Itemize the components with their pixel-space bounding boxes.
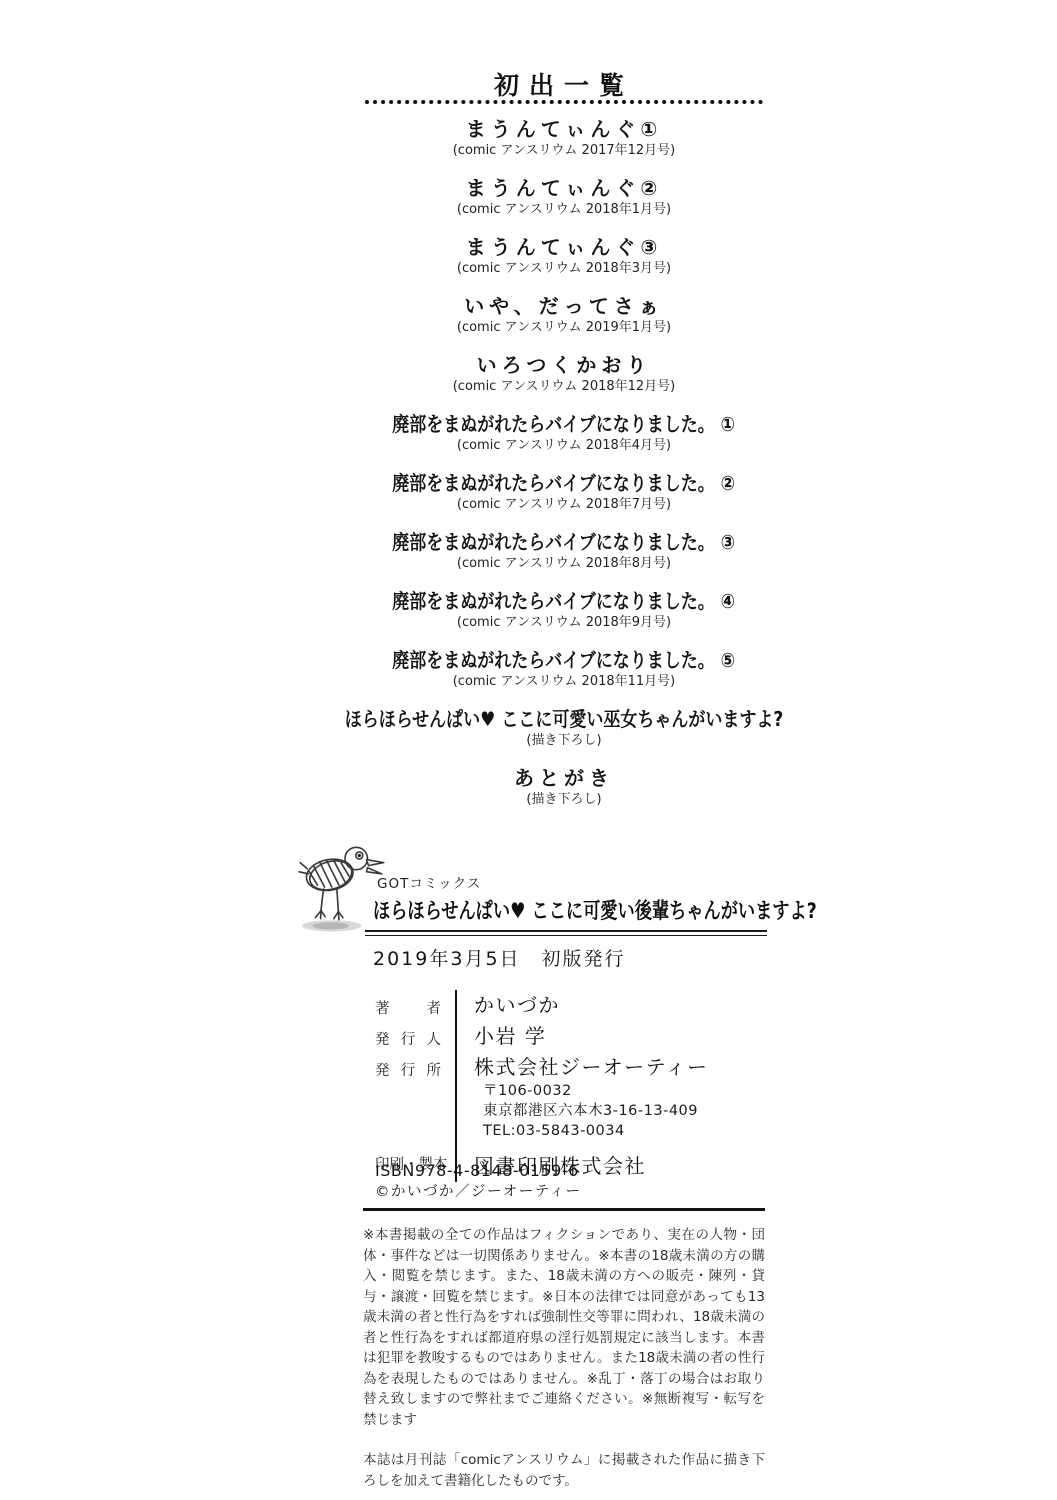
work-entry: 廃部をまぬがれたらバイブになりました。 ③ (comic アンスリウム 2018… xyxy=(363,529,765,572)
credit-main-value: かいづか xyxy=(474,992,767,1019)
work-title: いや、だってさぁ xyxy=(464,293,664,319)
credit-label: 発行人 xyxy=(375,1021,441,1052)
work-title: まうんてぃんぐ② xyxy=(466,175,663,201)
work-entry: あとがき (描き下ろし) xyxy=(363,765,765,808)
work-source: (描き下ろし) xyxy=(526,791,601,808)
work-entry: ほらほらせんぱい♥ ここに可愛い巫女ちゃんがいますよ? (描き下ろし) xyxy=(363,706,765,749)
isbn-number: ISBN978-4-8148-0159-6 xyxy=(375,1160,582,1182)
work-title: いろつくかおり xyxy=(477,352,652,378)
works-list: まうんてぃんぐ① (comic アンスリウム 2017年12月号) まうんてぃん… xyxy=(363,116,765,824)
credit-details: 〒106-0032東京都港区六本木3-16-13-409TEL:03-5843-… xyxy=(474,1081,767,1141)
work-source: (comic アンスリウム 2018年12月号) xyxy=(453,378,676,395)
work-title: まうんてぃんぐ③ xyxy=(466,234,663,260)
copyright-line: ©かいづか／ジーオーティー xyxy=(375,1182,582,1203)
edition-date: 2019年3月5日 初版発行 xyxy=(373,944,626,971)
work-title: ほらほらせんぱい♥ ここに可愛い巫女ちゃんがいますよ? xyxy=(345,706,784,732)
credit-main-value: 株式会社ジーオーティー xyxy=(474,1054,767,1081)
work-title: 廃部をまぬがれたらバイブになりました。 ⑤ xyxy=(393,647,736,673)
title-underline xyxy=(365,930,767,936)
page-title: 初出一覧 xyxy=(363,66,765,102)
book-title: ほらほらせんぱい♥ ここに可愛い後輩ちゃんがいますよ? xyxy=(373,894,817,925)
work-source: (描き下ろし) xyxy=(526,732,601,749)
work-title: 廃部をまぬがれたらバイブになりました。 ② xyxy=(393,470,736,496)
imprint-label: GOTコミックス xyxy=(377,872,481,892)
work-title: まうんてぃんぐ① xyxy=(466,116,663,142)
work-entry: 廃部をまぬがれたらバイブになりました。 ④ (comic アンスリウム 2018… xyxy=(363,588,765,631)
legal-disclaimer: ※本書掲載の全ての作品はフィクションであり、実在の人物・団体・事件などは一切関係… xyxy=(363,1225,765,1430)
credit-label: 発行所 xyxy=(375,1052,441,1143)
work-entry: 廃部をまぬがれたらバイブになりました。 ① (comic アンスリウム 2018… xyxy=(363,411,765,454)
credit-row: 発行人 小岩 学 xyxy=(375,1021,767,1052)
work-title: 廃部をまぬがれたらバイブになりました。 ④ xyxy=(393,588,736,614)
credit-row: 発行所 株式会社ジーオーティー 〒106-0032東京都港区六本木3-16-13… xyxy=(375,1052,767,1143)
header: 初出一覧 xyxy=(363,66,765,102)
work-entry: まうんてぃんぐ② (comic アンスリウム 2018年1月号) xyxy=(363,175,765,218)
work-source: (comic アンスリウム 2019年1月号) xyxy=(457,319,671,336)
work-source: (comic アンスリウム 2018年11月号) xyxy=(453,673,676,690)
credit-value: 株式会社ジーオーティー 〒106-0032東京都港区六本木3-16-13-409… xyxy=(455,1052,767,1143)
credit-value: かいづか xyxy=(455,990,767,1021)
legal-section: ※本書掲載の全ての作品はフィクションであり、実在の人物・団体・事件などは一切関係… xyxy=(363,1208,765,1491)
credit-main-value: 小岩 学 xyxy=(474,1023,767,1050)
work-source: (comic アンスリウム 2018年8月号) xyxy=(457,555,671,572)
work-title: あとがき xyxy=(514,765,614,791)
work-entry: いろつくかおり (comic アンスリウム 2018年12月号) xyxy=(363,352,765,395)
work-source: (comic アンスリウム 2018年1月号) xyxy=(457,201,671,218)
credit-value: 小岩 学 xyxy=(455,1021,767,1052)
publication-note: 本誌は月刊誌「comicアンスリウム」に掲載された作品に描き下ろしを加えて書籍化… xyxy=(363,1450,765,1491)
work-title: 廃部をまぬがれたらバイブになりました。 ① xyxy=(393,411,736,437)
work-source: (comic アンスリウム 2018年3月号) xyxy=(457,260,671,277)
work-source: (comic アンスリウム 2017年12月号) xyxy=(453,142,676,159)
credits-table: 著者 かいづか 発行人 小岩 学 発行所 株式会社ジーオーティー 〒106-0 xyxy=(375,990,767,1182)
work-entry: いや、だってさぁ (comic アンスリウム 2019年1月号) xyxy=(363,293,765,336)
legal-divider xyxy=(363,1208,765,1211)
dotted-divider xyxy=(365,100,763,104)
isbn-block: ISBN978-4-8148-0159-6 ©かいづか／ジーオーティー xyxy=(375,1160,582,1203)
work-entry: まうんてぃんぐ① (comic アンスリウム 2017年12月号) xyxy=(363,116,765,159)
work-source: (comic アンスリウム 2018年4月号) xyxy=(457,437,671,454)
work-source: (comic アンスリウム 2018年7月号) xyxy=(457,496,671,513)
work-source: (comic アンスリウム 2018年9月号) xyxy=(457,614,671,631)
credit-label: 著者 xyxy=(375,990,441,1021)
colophon-page: 初出一覧 まうんてぃんぐ① (comic アンスリウム 2017年12月号) ま… xyxy=(0,0,1057,1500)
work-entry: 廃部をまぬがれたらバイブになりました。 ⑤ (comic アンスリウム 2018… xyxy=(363,647,765,690)
credit-row: 著者 かいづか xyxy=(375,990,767,1021)
work-title: 廃部をまぬがれたらバイブになりました。 ③ xyxy=(393,529,736,555)
work-entry: まうんてぃんぐ③ (comic アンスリウム 2018年3月号) xyxy=(363,234,765,277)
work-entry: 廃部をまぬがれたらバイブになりました。 ② (comic アンスリウム 2018… xyxy=(363,470,765,513)
